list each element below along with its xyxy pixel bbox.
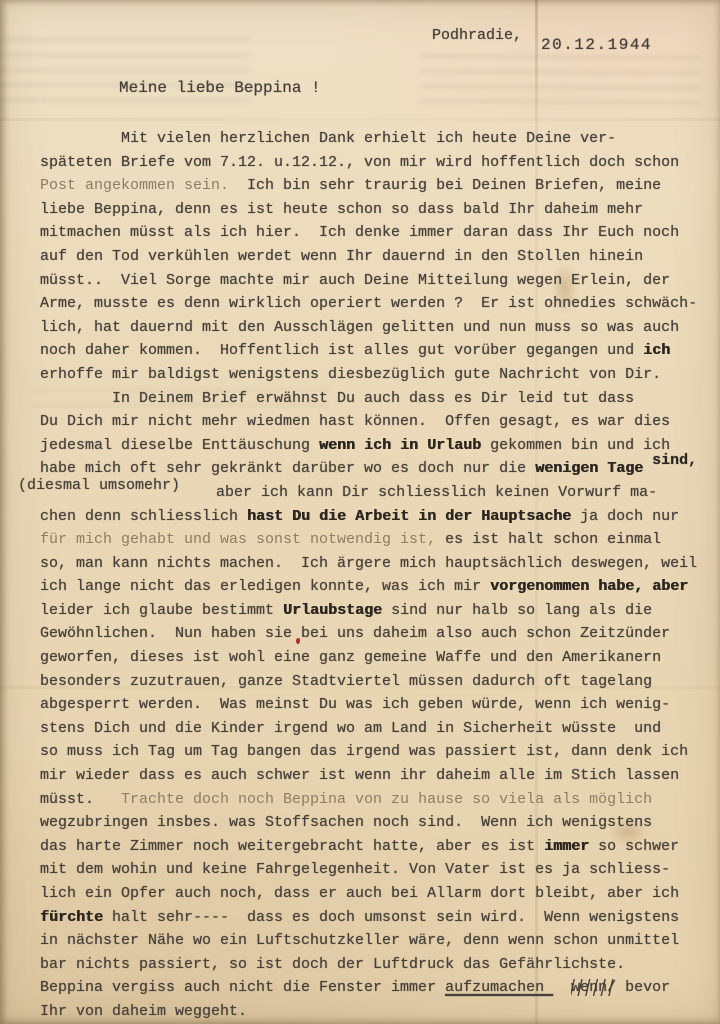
text-segment: [180, 484, 216, 501]
text-segment: lich ein Opfer auch noch, dass er auch b…: [40, 885, 679, 902]
letter-line: so muss ich Tag um Tag bangen das irgend…: [40, 740, 710, 764]
letter-line: Mit vielen herzlichen Dank erhielt ich h…: [40, 127, 710, 151]
text-segment: so muss ich Tag um Tag bangen das irgend…: [40, 743, 688, 760]
text-segment: Ihr von daheim weggeht.: [40, 1003, 247, 1020]
letter-line: Du Dich mir nicht mehr wiedmen hast könn…: [40, 410, 710, 434]
letter-line: bar nichts passiert, so ist doch der Luf…: [40, 953, 710, 977]
letter-line: lich, hat dauernd mit den Ausschlägen ge…: [40, 316, 710, 340]
letter-line: für mich gehabt und was sonst notwendig …: [40, 528, 710, 552]
letter-line: lich ein Opfer auch noch, dass er auch b…: [40, 882, 710, 906]
text-segment-b: fürchte: [40, 909, 103, 926]
text-segment: mir wieder dass es auch schwer ist wenn …: [40, 767, 679, 784]
text-segment: das harte Zimmer noch weitergebracht hat…: [40, 838, 544, 855]
text-segment: habe mich oft sehr gekränkt darüber wo e…: [40, 460, 535, 477]
letter-line: fürchte halt sehr---- dass es doch umson…: [40, 906, 710, 930]
letter-line: besonders zuzutrauen, ganze Stadtviertel…: [40, 670, 710, 694]
letter-line: müsst.. Viel Sorge machte mir auch Deine…: [40, 269, 710, 293]
letter-line: noch daher kommen. Hoffentlich ist alles…: [40, 339, 710, 363]
letter-line: Ihr von daheim weggeht.: [40, 1000, 710, 1024]
text-segment-b: vorgenommen habe, aber: [490, 578, 688, 595]
letter-line: Post angekommen sein. Ich bin sehr traur…: [40, 174, 710, 198]
text-segment: müsst.. Viel Sorge machte mir auch Deine…: [40, 272, 670, 289]
letter-line: ich lange nicht das erledigen konnte, wa…: [40, 575, 710, 599]
text-segment: in nächster Nähe wo ein Luftschutzkeller…: [40, 932, 679, 949]
text-segment: stens Dich und die Kinder irgend wo am L…: [40, 720, 661, 737]
letter-date: 20.12.1944: [541, 36, 652, 54]
letter-line: jedesmal dieselbe Enttäuschung wenn ich …: [40, 434, 710, 458]
letter-line: mitmachen müsst als ich hier. Ich denke …: [40, 221, 710, 245]
letter-line: mit dem wohin und keine Fahrgelegenheit.…: [40, 858, 710, 882]
letter-line: späteten Briefe vom 7.12. u.12.12., von …: [40, 151, 710, 175]
letter-body: Mit vielen herzlichen Dank erhielt ich h…: [40, 127, 710, 1024]
text-segment: mit dem wohin und keine Fahrgelegenheit.…: [40, 861, 670, 878]
text-segment: noch daher kommen. Hoffentlich ist alles…: [40, 342, 643, 359]
text-segment-sup: sind,: [643, 452, 697, 469]
text-segment-b: ich: [643, 342, 670, 359]
text-segment: Du Dich mir nicht mehr wiedmen hast könn…: [40, 413, 670, 430]
ink-bleedthrough: [420, 54, 700, 114]
letter-line: Gewöhnlichen. Nun haben sie bei uns dahe…: [40, 622, 710, 646]
text-segment: geworfen, dieses ist wohl eine ganz geme…: [40, 649, 661, 666]
text-segment: besonders zuzutrauen, ganze Stadtviertel…: [40, 673, 652, 690]
text-segment-f: für mich gehabt und was sonst notwendig …: [40, 531, 436, 548]
text-segment: ja doch nur: [571, 508, 679, 525]
letter-line: so, man kann nichts machen. Ich ärgere m…: [40, 552, 710, 576]
text-segment: gekommen bin und ich: [481, 437, 670, 454]
text-segment-f: Post angekommen sein.: [40, 177, 229, 194]
text-segment-raise: (diesmal umsomehr): [18, 477, 180, 494]
text-segment-b: hast Du die Arbeit in der Hauptsache: [247, 508, 571, 525]
letter-line: erhoffe mir baldigst wenigstens diesbezü…: [40, 363, 710, 387]
text-segment: Beppina vergiss auch nicht die Fenster i…: [40, 979, 445, 996]
text-segment: leider ich glaube bestimmt: [40, 602, 283, 619]
letter-line: Beppina vergiss auch nicht die Fenster i…: [40, 976, 710, 1000]
letter-line: stens Dich und die Kinder irgend wo am L…: [40, 717, 710, 741]
text-segment: es ist halt schon einmal: [436, 531, 661, 548]
letter-line: auf den Tod verkühlen werdet wenn Ihr da…: [40, 245, 710, 269]
text-segment: In Deinem Brief erwähnst Du auch dass es…: [40, 390, 634, 407]
text-segment: jedesmal dieselbe Enttäuschung: [40, 437, 319, 454]
text-segment: liebe Beppina, denn es ist heute schon s…: [40, 201, 643, 218]
text-segment: Mit vielen herzlichen Dank erhielt ich h…: [40, 130, 616, 147]
salutation: Meine liebe Beppina !: [119, 79, 321, 97]
text-segment-f: Trachte doch noch Beppina von zu hause s…: [121, 791, 652, 808]
text-segment: so schwer: [589, 838, 679, 855]
text-segment-b: wenn ich in Urlaub: [319, 437, 481, 454]
letter-line: chen denn schliesslich hast Du die Arbei…: [40, 505, 710, 529]
letter-line: das harte Zimmer noch weitergebracht hat…: [40, 835, 710, 859]
letter-line: liebe Beppina, denn es ist heute schon s…: [40, 198, 710, 222]
letter-line: wegzubringen insbes. was Stoffsachen noc…: [40, 811, 710, 835]
text-segment: chen denn schliesslich: [40, 508, 247, 525]
letter-line: leider ich glaube bestimmt Urlaubstage s…: [40, 599, 710, 623]
text-segment: auf den Tod verkühlen werdet wenn Ihr da…: [40, 248, 643, 265]
letter-line: müsst. Trachte doch noch Beppina von zu …: [40, 788, 710, 812]
text-segment: Arme, musste es denn wirklich operiert w…: [40, 295, 697, 312]
text-segment: Ich bin sehr traurig bei Deinen Briefen,…: [229, 177, 661, 194]
text-segment: ich lange nicht das erledigen konnte, wa…: [40, 578, 490, 595]
text-segment: abgesperrt werden. Was meinst Du was ich…: [40, 696, 670, 713]
text-segment-x: wenn/: [571, 979, 616, 996]
text-segment: späteten Briefe vom 7.12. u.12.12., von …: [40, 154, 679, 171]
text-segment: mitmachen müsst als ich hier. Ich denke …: [40, 224, 679, 241]
letter-line: (diesmal umsomehr) aber ich kann Dir sch…: [18, 481, 710, 505]
letter-line: In Deinem Brief erwähnst Du auch dass es…: [40, 387, 710, 411]
text-segment-b: wenigen Tage: [535, 460, 643, 477]
letter-line: geworfen, dieses ist wohl eine ganz geme…: [40, 646, 710, 670]
text-segment: [553, 979, 571, 996]
letter-line: Arme, musste es denn wirklich operiert w…: [40, 292, 710, 316]
text-segment: erhoffe mir baldigst wenigstens diesbezü…: [40, 366, 661, 383]
text-segment: sind nur halb so lang als die: [382, 602, 652, 619]
ink-bleedthrough: [0, 38, 250, 108]
text-segment: so, man kann nichts machen. Ich ärgere m…: [40, 555, 697, 572]
text-segment: aber ich kann Dir schliesslich keinen Vo…: [216, 484, 657, 501]
letter-line: abgesperrt werden. Was meinst Du was ich…: [40, 693, 710, 717]
text-segment: bar nichts passiert, so ist doch der Luf…: [40, 956, 625, 973]
text-segment: Gewöhnlichen. Nun haben sie bei uns dahe…: [40, 625, 670, 642]
letter-page: Podhradie, 20.12.1944 Meine liebe Beppin…: [0, 0, 720, 1024]
text-segment: bevor: [616, 979, 670, 996]
letter-place: Podhradie,: [432, 27, 522, 44]
text-segment-u: aufzumachen: [445, 979, 553, 996]
text-segment: lich, hat dauernd mit den Ausschlägen ge…: [40, 319, 679, 336]
text-segment: müsst.: [40, 791, 121, 808]
text-segment-b: Urlaubstage: [283, 602, 382, 619]
letter-line: in nächster Nähe wo ein Luftschutzkeller…: [40, 929, 710, 953]
letter-line: mir wieder dass es auch schwer ist wenn …: [40, 764, 710, 788]
fold-crease-horizontal: [0, 118, 720, 121]
text-segment-b: immer: [544, 838, 589, 855]
text-segment: halt sehr---- dass es doch umsonst sein …: [103, 909, 679, 926]
text-segment: wegzubringen insbes. was Stoffsachen noc…: [40, 814, 652, 831]
